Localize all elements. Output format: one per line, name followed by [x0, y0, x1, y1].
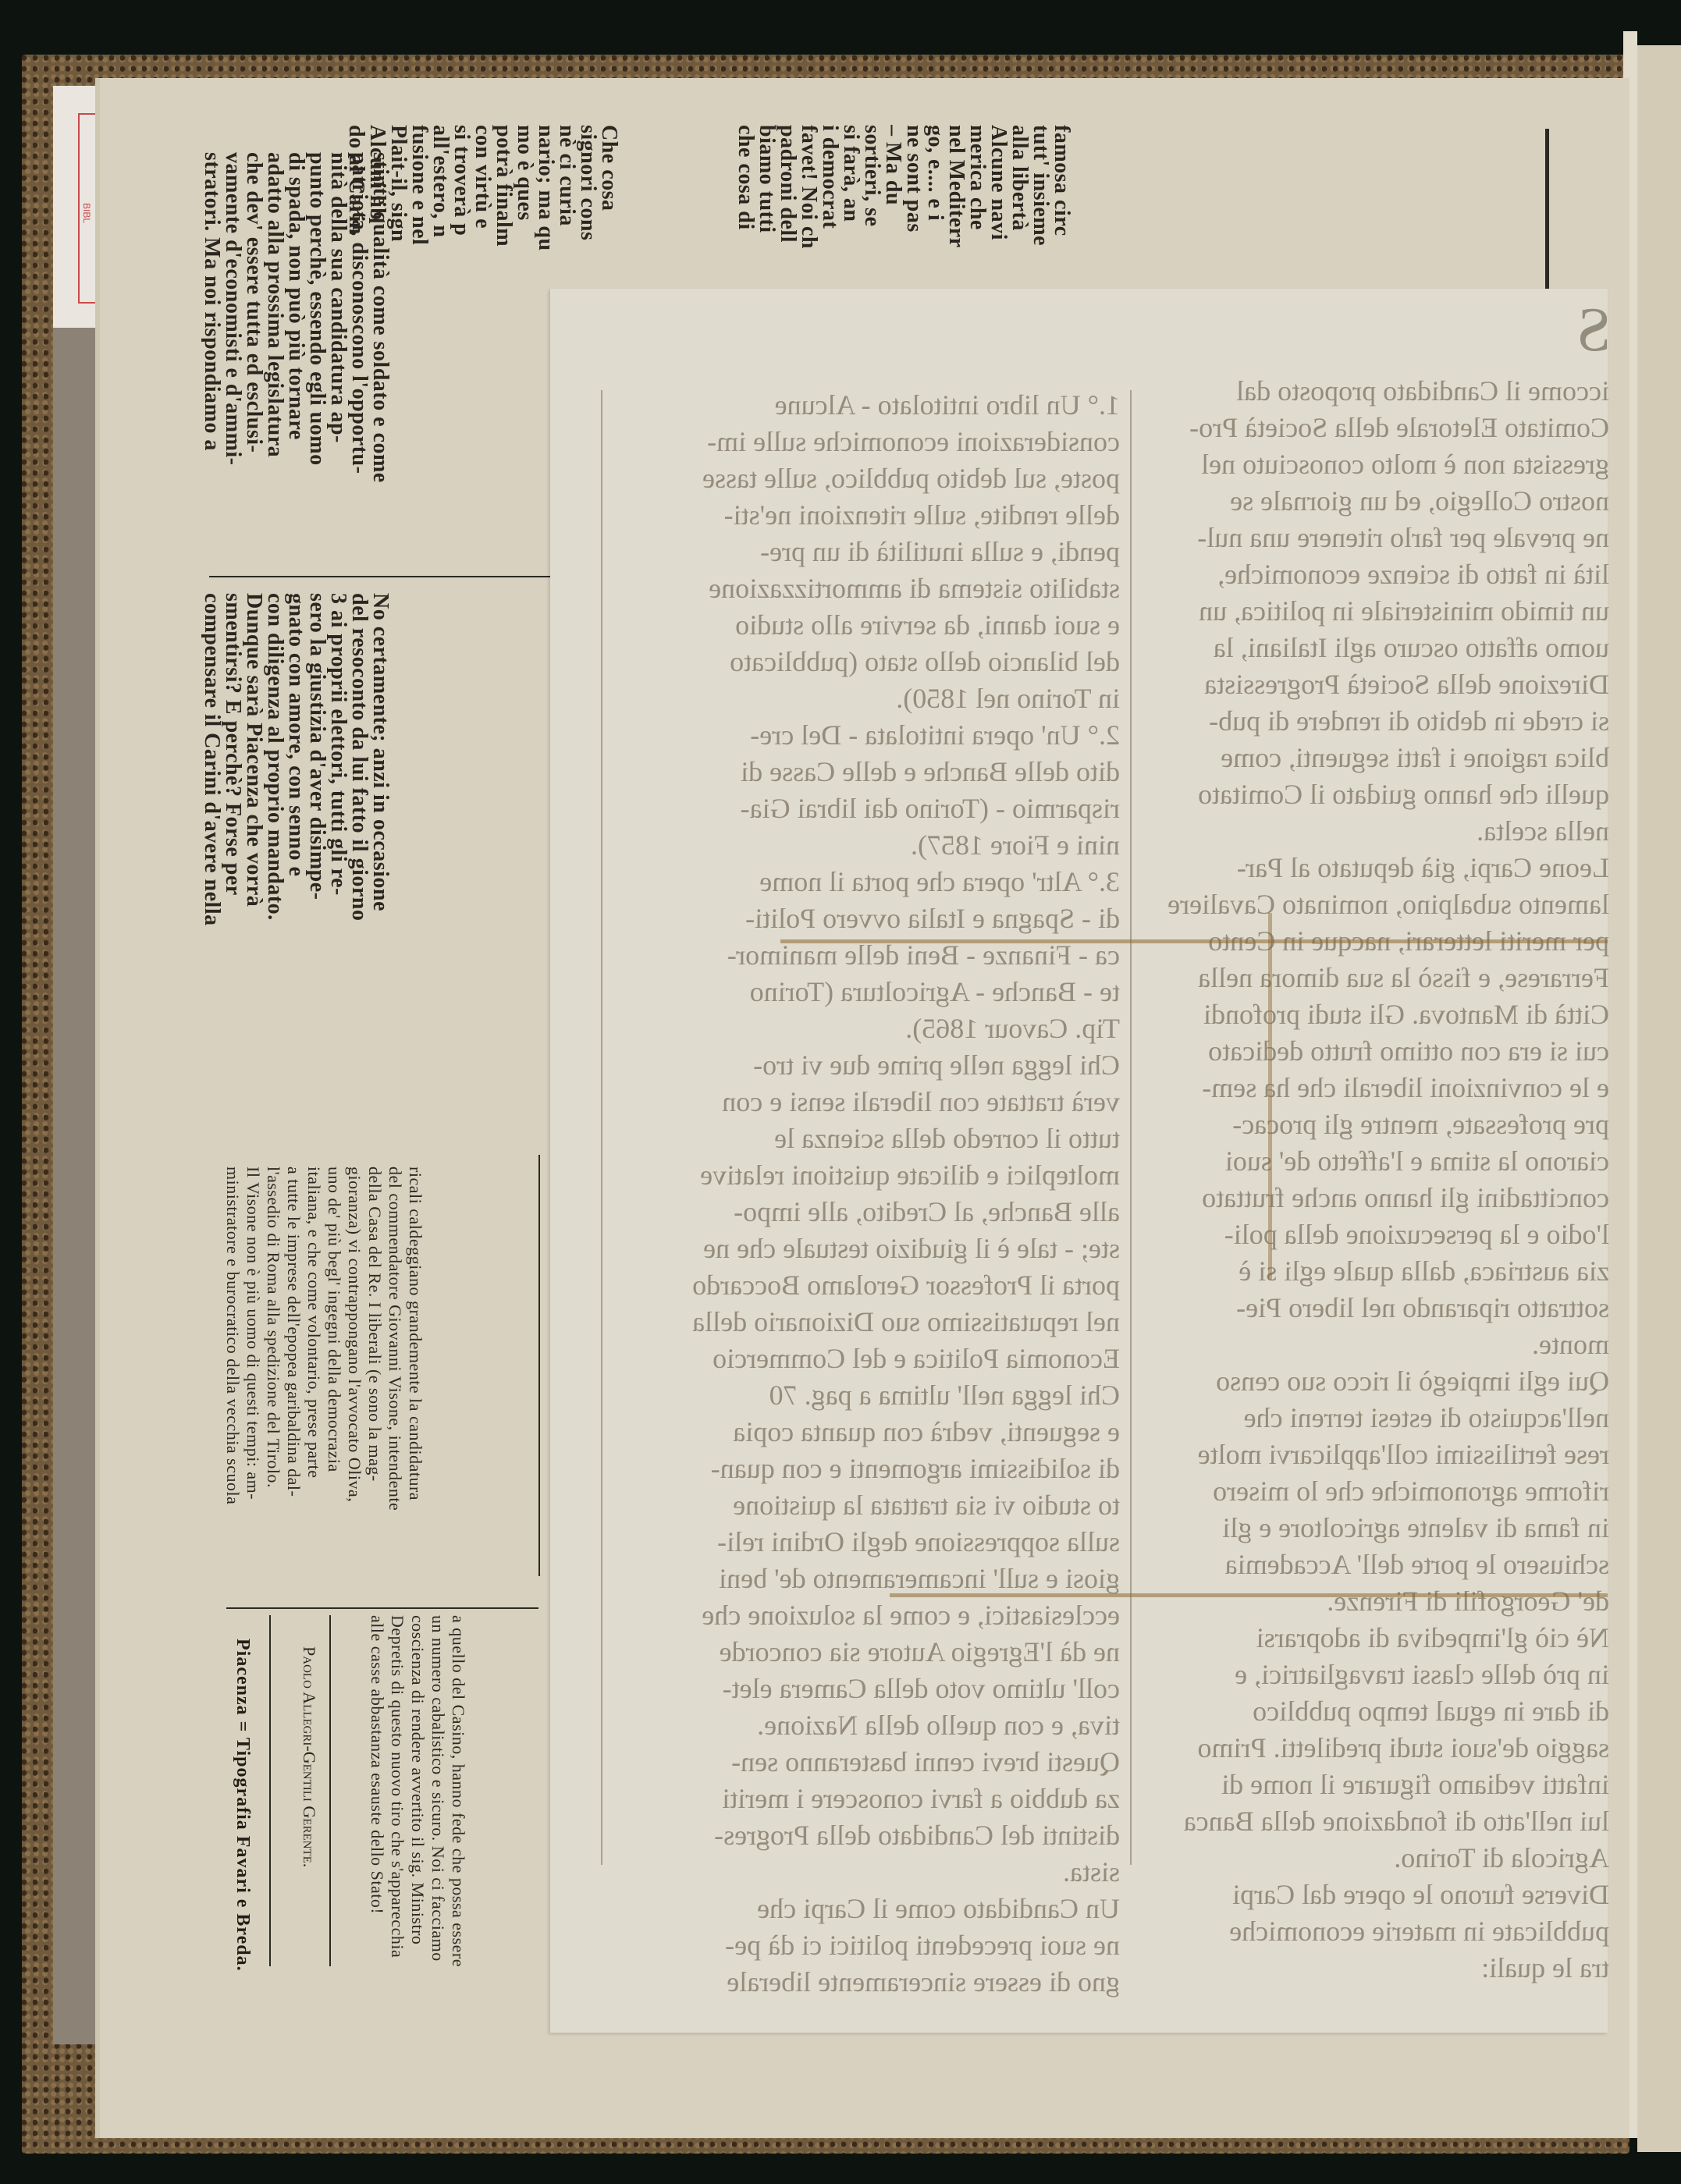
mirrored-text-line: e le convinzioni liberali che ha sem- [1141, 1070, 1609, 1106]
text-line: che dev' essere tutta ed esclusi- [243, 152, 265, 574]
mirrored-text-line: nell'acquisto di estesi terreni che [1141, 1400, 1609, 1436]
mirrored-text-line: tiva, e con quello della Nazione. [613, 1707, 1120, 1744]
mirrored-text-line: infatti vediamo figurare il nome di [1141, 1767, 1609, 1803]
mirrored-text-line: Tip. Cavour 1865). [613, 1010, 1120, 1047]
top-column-a: famosa circtutt' insiemealla libertàAlcu… [735, 125, 1072, 289]
stamp-text: BIBL [81, 203, 92, 223]
text-line: nità della sua candidatura ap- [328, 152, 349, 574]
text-line: biamo tutti [756, 125, 777, 289]
mirrored-text-line: sista. [613, 1854, 1120, 1891]
mirrored-text-line: nel reputatissimo suo Dizionario della [613, 1304, 1120, 1341]
text-line: fusione e nel [409, 125, 430, 289]
text-line: alla libertà [1009, 125, 1030, 289]
mirrored-text-line: Città di Mantova. Gli studi profondi [1141, 996, 1609, 1033]
mirrored-text-line: blica ragione i fatti seguenti, come [1141, 740, 1609, 776]
mirrored-text-line: de' Georgofili di Firenze. [1141, 1583, 1609, 1620]
text-line: famosa circ [1051, 125, 1072, 289]
mirrored-text-line: pendi, e sulla inutilità di un pre- [613, 534, 1120, 570]
mirrored-text-line: Nè ciò gl'impediva di adoprarsi [1141, 1620, 1609, 1657]
mirrored-text-line: 3.° Altr' opera che porta il nome [613, 864, 1120, 900]
mirrored-text-line: coll' ultimo voto della Camera elet- [613, 1671, 1120, 1707]
insert-column-rule-mid [1130, 390, 1132, 1865]
mirrored-text-line: Questi brevi cenni basteranno sen- [613, 1744, 1120, 1781]
text-line: i democrat [819, 125, 840, 289]
text-line: della Casa del Re. I liberali (e sono la… [364, 1167, 385, 1572]
text-line: del commendatore Giovanni Visone, intend… [385, 1167, 405, 1572]
insert-column-rule-left [601, 390, 602, 1865]
mirrored-text-line: risparmio - (Torino dai librai Gia- [613, 790, 1120, 827]
mirrored-text-line: ciarono la stima e l'affetto de' suoi [1141, 1143, 1609, 1180]
text-line: gioranza) vi contrappongano l'avvocato O… [344, 1167, 364, 1572]
footer-rule-1 [329, 1615, 331, 1966]
text-line: si troverà p [451, 125, 472, 289]
column-separator-small [538, 1155, 540, 1576]
text-line: Che cosa [599, 125, 620, 289]
left-column-lower: No certamente; anzi in occasionedel reso… [201, 593, 391, 1014]
mirrored-text-line: Agricola di Torino. [1141, 1840, 1609, 1877]
mirrored-text-line: pubblicate in materie economiche [1141, 1913, 1609, 1950]
mirrored-text-line: considerazioni economiche sulle im- [613, 424, 1120, 460]
mirrored-text-line: za dubbio a farvi conoscere i meriti [613, 1781, 1120, 1817]
text-line: nè ci curia [556, 125, 578, 289]
news-column-small: ricali caldeggiano grandemente la candid… [222, 1167, 425, 1572]
mirrored-drop-cap: S [1576, 312, 1612, 349]
mirrored-text-line: giosi e sull' incameramento de' beni [613, 1561, 1120, 1597]
mirrored-text-line: te - Banche - Agricoltura (Torino [613, 974, 1120, 1010]
mirrored-text-line: gno di essere sinceramente liberale [613, 1964, 1120, 2001]
text-line: punto perchè, essendo egli uomo [307, 152, 328, 574]
text-line: ricali caldeggiano grandemente la candid… [405, 1167, 425, 1572]
text-line: ministratore e burocratico della vecchia… [222, 1167, 243, 1572]
mirrored-text-line: nella scelta. [1141, 813, 1609, 850]
text-line: si farà, an [840, 125, 862, 289]
text-line: un numero cabalistico e sicuro. Noi ci f… [428, 1615, 448, 1982]
mirrored-text-line: ne dà l'Egregio Autore sia concorde [613, 1634, 1120, 1671]
gerente-signature: Paolo Allegri-Gentili Gerente. [299, 1646, 319, 1867]
mirrored-text-line: Qui egli impiegò il ricco suo censo [1141, 1363, 1609, 1400]
text-line: go, e.... e i [925, 125, 946, 289]
mirrored-text-line: di solidissimi argomenti e con quan- [613, 1451, 1120, 1487]
text-line: alle casse abbastanza esauste dello Stat… [367, 1615, 387, 1982]
mirrored-text-line: sottratto riparando nel libero Pie- [1141, 1290, 1609, 1326]
text-line: compensare il Carini d'avere nella [201, 593, 222, 1014]
text-line: Alcune navi [988, 125, 1009, 289]
mirrored-text-line: in Torino nel 1850). [613, 680, 1120, 717]
text-line: del resoconto da lui fatto il giorno [349, 593, 370, 1014]
mirrored-text-line: iccome il Candidato proposto dal [1141, 373, 1609, 410]
left-column-upper: stinte qualità come soldato e comepatrio… [201, 152, 391, 574]
mirrored-text-line: ecclesiastici, e come la soluzione che [613, 1597, 1120, 1634]
mirrored-text-line: tutto il corredo della scienza le [613, 1120, 1120, 1157]
mirrored-text-line: tra le quali: [1141, 1950, 1609, 1987]
news-column-continued: a quello del Casino, hanno fede che poss… [367, 1615, 468, 1982]
footer-rule-2 [269, 1615, 271, 1966]
column-separator-2 [226, 1607, 538, 1609]
text-line: mo è ques [514, 125, 535, 289]
text-line: che cosa di [735, 125, 756, 289]
text-line: con virtù e [472, 125, 493, 289]
text-line: sortieri, se [862, 125, 883, 289]
text-line: patriota, disconoscono l'opportu- [349, 152, 370, 574]
mirrored-text-line: porta il Professor Gerolamo Boccardo [613, 1267, 1120, 1304]
mirrored-text-line: zia austriaca, dalla quale egli si è [1141, 1253, 1609, 1290]
mirrored-text-line: di dare in egual tempo pubblico [1141, 1693, 1609, 1730]
mirrored-text-line: e seguenti, vedrà con quanta copia [613, 1414, 1120, 1451]
fold-stain [780, 939, 1608, 943]
text-line: vamente d'economisti e d'ammi- [222, 152, 243, 574]
text-line: coscienza di rendere avvertito il sig. M… [407, 1615, 428, 1982]
mirrored-text-line: monte. [1141, 1326, 1609, 1363]
mirrored-text-line: rese fertilissimi coll'applicarvi molte [1141, 1436, 1609, 1473]
mirrored-text-line: un timido ministeriale in politica, un [1141, 593, 1609, 630]
mirrored-text-line: Un Candidato come il Carpi che [613, 1891, 1120, 1927]
mirrored-text-line: molteplici e dilicate quistioni relative [613, 1157, 1120, 1194]
text-line: nel Mediterr [946, 125, 967, 289]
mirrored-text-line: del bilancio dello stato (pubblicato [613, 644, 1120, 680]
fold-stain-2 [890, 1593, 1608, 1597]
text-line: nario; ma qu [535, 125, 556, 289]
text-line: sero la giustizia d'aver disimpe- [307, 593, 328, 1014]
mirrored-text-line: ne prevale per farlo ritenere una nul- [1141, 520, 1609, 556]
mirrored-text-line: sulla soppressione degli Ordini reli- [613, 1524, 1120, 1561]
mirrored-text-line: cui si era con ottimo frutto dedicato [1141, 1033, 1609, 1070]
text-line: a quello del Casino, hanno fede che poss… [448, 1615, 468, 1982]
column-rule-top [1545, 129, 1549, 289]
text-line: con diligenza al proprio mandato. [265, 593, 286, 1014]
binding-strip [53, 328, 97, 2044]
mirrored-text-line: Ferrarese, e fissò la sua dimora nella [1141, 960, 1609, 996]
mirrored-text-line: e suoi danni, da servire allo studio [613, 607, 1120, 644]
mirrored-text-line: nostro Collegio, ed un giornale se [1141, 483, 1609, 520]
mirrored-text-line: saggio de'suoi studi prediletti. Primo [1141, 1730, 1609, 1767]
text-line: ne sont pas [904, 125, 925, 289]
mirrored-text-line: Comitato Eletorale della Società Pro- [1141, 410, 1609, 446]
mirrored-text-line: in prò delle classi travagliatrici, e [1141, 1657, 1609, 1693]
text-line: tutt' insieme [1030, 125, 1051, 289]
mirrored-text-line: riforme agronomiche che lo misero [1141, 1473, 1609, 1510]
mirrored-text-line: stabilito sistema di ammortizzazione [613, 570, 1120, 607]
mirrored-text-line: Chi legga nell' ultima a pag. 70 [613, 1377, 1120, 1414]
mirrored-text-line: quelli che hanno guidato il Comitato [1141, 776, 1609, 813]
text-line: Il Visone non è più uomo di questi tempi… [243, 1167, 263, 1572]
mirrored-text-line: gressista non è molto conosciuto nel [1141, 446, 1609, 483]
water-stain [1268, 913, 1272, 1280]
text-line: favet! Noi ch [798, 125, 819, 289]
text-line: stratori. Ma noi rispondiamo a [201, 152, 222, 574]
mirrored-text-line: lità in fatto di scienze economiche, [1141, 556, 1609, 593]
text-line: italiana, e che come volontario, prese p… [304, 1167, 324, 1572]
text-line: smentirsi? E perchè? Forse per [222, 593, 243, 1014]
mirrored-text-line: si crede in debito di rendere di pub- [1141, 703, 1609, 740]
text-line: gnato con amore, con senno e [286, 593, 307, 1014]
text-line: 3 ai proprii elettori, tutti gli re- [328, 593, 349, 1014]
mirrored-text-line: alle Banche, al Credito, alle impo- [613, 1194, 1120, 1230]
mirrored-text-line: Diverse furono le opere dal Carpi [1141, 1877, 1609, 1913]
text-line: adatto alla prossima legislatura [265, 152, 286, 574]
mirrored-text-line: ste; - tale è il giudizio testuale che n… [613, 1230, 1120, 1267]
mirrored-text-line: Chi legga nelle prime due vi tro- [613, 1047, 1120, 1084]
text-line: Depretis di questo nuovo tiro che s'appa… [387, 1615, 407, 1982]
mirrored-right-column: iccome il Candidato proposto dalComitato… [1141, 373, 1609, 1987]
mirrored-text-line: di - Spagna e Italia ovvero Politi- [613, 900, 1120, 937]
text-line: l'assedio di Roma alla spedizione del Ti… [263, 1167, 283, 1572]
mirrored-text-line: l'odio e la persecuzione della poli- [1141, 1216, 1609, 1253]
mirrored-text-line: ne suoi precedenti politici ci dà pe- [613, 1927, 1120, 1964]
mirrored-text-line: poste, sul debito pubblico, sulle tasse [613, 460, 1120, 497]
mirrored-text-line: 1.° Un libro intitolato - Alcune [613, 387, 1120, 424]
column-separator [209, 576, 553, 577]
mirrored-text-line: lamento subalpino, nominato Cavaliere [1141, 886, 1609, 923]
printer-imprint: Piacenza = Tipografia Favari e Breda. [232, 1639, 253, 1972]
text-line: Dunque sarà Piacenza che vorrà [243, 593, 265, 1014]
mirrored-text-line: Leone Carpi, già deputato al Par- [1141, 850, 1609, 886]
facing-page [1637, 45, 1681, 2152]
text-line: No certamente; anzi in occasione [370, 593, 391, 1014]
text-line: a tutte le imprese dell'epopea garibaldi… [283, 1167, 304, 1572]
mirrored-text-line: distinti del Candidato della Progres- [613, 1817, 1120, 1854]
mirrored-text-line: uomo affatto oscuro agli Italiani, la [1141, 630, 1609, 666]
mirrored-text-line: concittadini gli hanno anche fruttato [1141, 1180, 1609, 1216]
mirrored-text-line: in fama di valente agricoltore e gli [1141, 1510, 1609, 1547]
text-line: – Ma du [883, 125, 904, 289]
mirrored-text-line: pre professate, mentre gli procac- [1141, 1106, 1609, 1143]
text-line: signori cons [578, 125, 599, 289]
text-line: di spada, non può più tornare [286, 152, 307, 574]
mirrored-text-line: Direzione della Società Progressista [1141, 666, 1609, 703]
text-line: stinte qualità come soldato e come [370, 152, 391, 574]
mirrored-text-line: to studio vi sia trattata la quistione [613, 1487, 1120, 1524]
text-line: potrà finalm [493, 125, 514, 289]
mirrored-text-line: Economia Politica e del Commercio [613, 1341, 1120, 1377]
text-line: uno de' più begl' ingegni della democraz… [324, 1167, 344, 1572]
text-line: all'estero, n [430, 125, 451, 289]
text-line: padroni dell [777, 125, 798, 289]
mirrored-text-line: delle rendite, sulle ritenzioni ne'sti- [613, 497, 1120, 534]
mirrored-middle-column: 1.° Un libro intitolato - Alcuneconsider… [613, 387, 1120, 2001]
mirrored-text-line: lui nell'atto di fondazione della Banca [1141, 1803, 1609, 1840]
mirrored-text-line: dito delle Banche e delle Casse di [613, 754, 1120, 790]
text-line: merica che [967, 125, 988, 289]
mirrored-text-line: nini e Fiore 1857). [613, 827, 1120, 864]
mirrored-text-line: verà trattate con liberali sensi e con [613, 1084, 1120, 1120]
mirrored-text-line: 2.° Un' opera intitolata - Del cre- [613, 717, 1120, 754]
text-line: Plait-il, sign [388, 125, 409, 289]
mirrored-text-line: schiusero le porte dell' Accademia [1141, 1547, 1609, 1583]
